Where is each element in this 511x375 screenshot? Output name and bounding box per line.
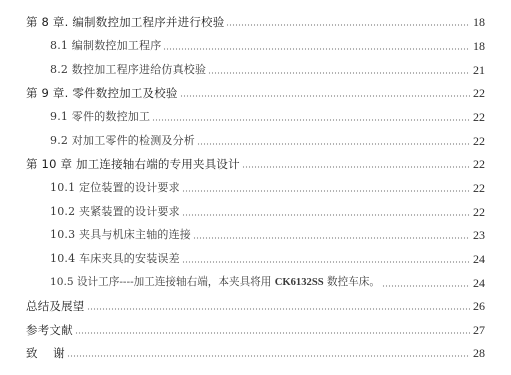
toc-entry-title: 第 8 章. 编制数控加工程序并进行校验 [26,15,224,29]
machine-model: CK6132SS [275,277,324,288]
toc-entry-page-number: 22 [471,157,485,171]
toc-entry-section-10-2[interactable]: 10.2 夹紧装置的设计要求 22 [0,199,485,219]
dot-leader [152,119,470,121]
toc-entry-title: 10.5 设计工序----加工连接轴右端，本夹具将用 CK6132SS 数控车床… [50,275,380,290]
toc-entry-title: 致 谢 [26,346,65,360]
toc-entry-page-number: 24 [471,252,485,266]
toc-entry-page-number: 23 [471,228,485,242]
toc-entry-title: 10.3 夹具与机床主轴的连接 [50,228,191,242]
toc-entry-title: 第 9 章. 零件数控加工及校验 [26,86,178,100]
table-of-contents: 第 8 章. 编制数控加工程序并进行校验 18 8.1 编制数控加工程序 18 … [0,0,511,375]
toc-entry-title: 10.4 车床夹具的安装误差 [50,252,180,266]
toc-entry-page-number: 24 [471,276,485,290]
dot-leader [67,355,470,357]
toc-entry-page-number: 18 [471,15,485,29]
toc-entry-title: 8.2 数控加工程序进给仿真校验 [50,63,206,77]
dot-leader [182,261,470,263]
toc-entry-chapter-9[interactable]: 第 9 章. 零件数控加工及校验 22 [0,80,485,100]
toc-entry-section-10-3[interactable]: 10.3 夹具与机床主轴的连接 23 [0,222,485,242]
dot-leader [193,237,470,239]
dot-leader [226,24,470,26]
toc-entry-acknowledgements[interactable]: 致 谢 28 [0,340,485,360]
toc-entry-title: 总结及展望 [26,299,85,313]
toc-entry-summary[interactable]: 总结及展望 26 [0,293,485,313]
toc-entry-title: 8.1 编制数控加工程序 [50,39,161,53]
toc-entry-section-9-2[interactable]: 9.2 对加工零件的检测及分析 22 [0,128,485,148]
toc-entry-page-number: 22 [471,181,485,195]
toc-entry-page-number: 27 [471,323,485,337]
dot-leader [382,285,470,287]
toc-entry-section-8-1[interactable]: 8.1 编制数控加工程序 18 [0,33,485,53]
toc-entry-title-suffix: 数控车床。 [324,276,380,288]
dot-leader [208,72,470,74]
toc-entry-page-number: 18 [471,39,485,53]
dot-leader [163,48,470,50]
toc-entry-section-8-2[interactable]: 8.2 数控加工程序进给仿真校验 21 [0,57,485,77]
toc-entry-title: 9.1 零件的数控加工 [50,110,150,124]
toc-entry-title: 参考文献 [26,323,73,337]
dot-leader [180,95,470,97]
dot-leader [197,143,470,145]
toc-entry-title: 第 10 章 加工连接轴右端的专用夹具设计 [26,157,240,171]
toc-entry-page-number: 22 [471,205,485,219]
toc-entry-page-number: 22 [471,110,485,124]
toc-entry-page-number: 26 [471,299,485,313]
toc-entry-references[interactable]: 参考文献 27 [0,317,485,337]
toc-entry-page-number: 22 [471,134,485,148]
dot-leader [182,190,470,192]
toc-entry-title: 9.2 对加工零件的检测及分析 [50,134,195,148]
toc-entry-page-number: 28 [471,346,485,360]
toc-entry-section-9-1[interactable]: 9.1 零件的数控加工 22 [0,104,485,124]
dot-leader [75,332,470,334]
dot-leader [87,308,471,310]
dot-leader [242,166,470,168]
toc-entry-page-number: 22 [471,86,485,100]
toc-entry-title-prefix: 10.5 设计工序----加工连接轴右端，本夹具将用 [50,276,275,288]
toc-entry-section-10-4[interactable]: 10.4 车床夹具的安装误差 24 [0,246,485,266]
toc-entry-section-10-1[interactable]: 10.1 定位装置的设计要求 22 [0,175,485,195]
toc-entry-page-number: 21 [471,63,485,77]
toc-entry-title: 10.1 定位装置的设计要求 [50,181,180,195]
toc-entry-title: 10.2 夹紧装置的设计要求 [50,205,180,219]
toc-entry-chapter-10[interactable]: 第 10 章 加工连接轴右端的专用夹具设计 22 [0,151,485,171]
dot-leader [182,214,470,216]
toc-entry-chapter-8[interactable]: 第 8 章. 编制数控加工程序并进行校验 18 [0,9,485,29]
toc-entry-section-10-5[interactable]: 10.5 设计工序----加工连接轴右端，本夹具将用 CK6132SS 数控车床… [0,270,485,290]
